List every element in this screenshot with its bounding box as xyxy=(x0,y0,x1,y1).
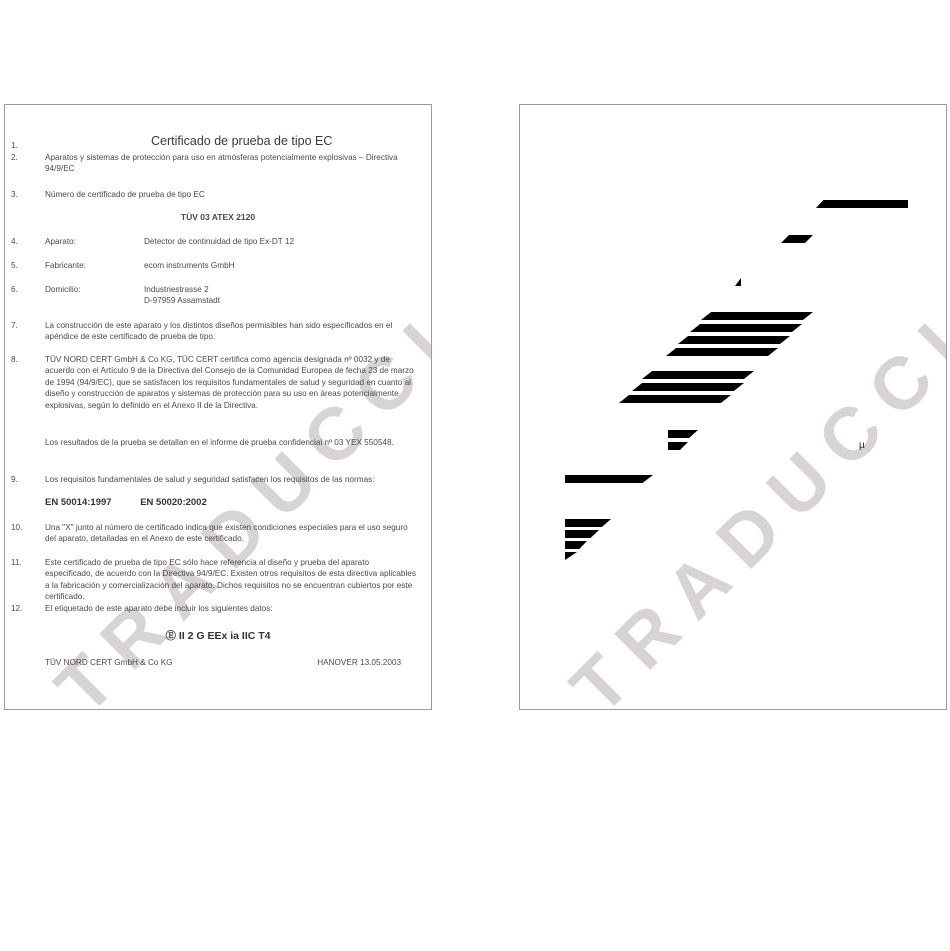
artifact-bar xyxy=(565,519,611,527)
artifact-bar xyxy=(632,383,744,391)
artifact-bar xyxy=(668,430,698,438)
item-text: Aparatos y sistemas de protección para u… xyxy=(45,152,417,175)
field-label: Aparato: xyxy=(45,236,76,247)
equipment-marking: Ⓔ II 2 G EEx ia IIC T4 xyxy=(5,631,431,642)
place-date: HANOVER 13.05.2003 xyxy=(317,657,401,668)
item-number: 3. xyxy=(11,189,18,200)
artifact-bar xyxy=(735,278,741,286)
issuer: TÜV NORD CERT GmbH & Co KG xyxy=(45,657,173,668)
artifact-bar xyxy=(619,395,731,403)
artifact-bar xyxy=(565,530,599,538)
item-number: 2. xyxy=(11,152,18,163)
item-text: Número de certificado de prueba de tipo … xyxy=(45,189,417,200)
item-number: 5. xyxy=(11,260,18,271)
artifact-bar xyxy=(565,552,577,560)
item-number: 7. xyxy=(11,320,18,331)
item-number: 10. xyxy=(11,522,22,533)
item-text: La construcción de este aparato y los di… xyxy=(45,320,417,343)
standard: EN 50014:1997 xyxy=(45,497,112,508)
field-value: D-97959 Assamstadt xyxy=(144,295,220,306)
item-text: El etiquetado de este aparato debe inclu… xyxy=(45,603,417,614)
artifact-bar xyxy=(565,475,653,483)
artifact-bar xyxy=(816,200,908,208)
item-text: Una "X" junto al número de certificado i… xyxy=(45,522,417,545)
watermark: TRADUCCIÓN xyxy=(554,191,947,710)
item-text: Los resultados de la prueba se detallan … xyxy=(45,437,417,448)
artifact-bar xyxy=(690,324,802,332)
item-number: 12. xyxy=(11,603,22,614)
artifact-bar xyxy=(565,541,587,549)
item-text: Los requisitos fundamentales de salud y … xyxy=(45,474,417,485)
item-text: Este certificado de prueba de tipo EC só… xyxy=(45,557,417,603)
stray-glyph: µ xyxy=(859,440,865,451)
item-number: 4. xyxy=(11,236,18,247)
field-value: Industriestrasse 2 xyxy=(144,284,209,295)
artifact-bar xyxy=(781,235,813,243)
artifact-bar xyxy=(642,371,754,379)
certificate-page-left: TRADUCCIÓN 1. Certificado de prueba de t… xyxy=(4,104,432,710)
field-label: Domicilio: xyxy=(45,284,81,295)
certificate-number: TÜV 03 ATEX 2120 xyxy=(5,212,431,223)
field-label: Fabricante: xyxy=(45,260,86,271)
item-number: 1. xyxy=(11,140,18,151)
item-number: 6. xyxy=(11,284,18,295)
certificate-page-right: TRADUCCIÓN µ xyxy=(519,104,947,710)
item-number: 8. xyxy=(11,354,18,365)
artifact-bar xyxy=(701,312,813,320)
item-text: TÜV NORD CERT GmbH & Co KG, TÜC CERT cer… xyxy=(45,354,417,411)
field-value: Detector de continuidad de tipo Ex-DT 12 xyxy=(144,236,294,247)
artifact-bar xyxy=(668,442,688,450)
item-number: 11. xyxy=(11,557,22,568)
artifact-bar xyxy=(666,348,778,356)
standard: EN 50020:2002 xyxy=(140,497,207,508)
certificate-title: Certificado de prueba de tipo EC xyxy=(151,136,332,147)
standards-list: EN 50014:1997 EN 50020:2002 xyxy=(45,497,233,508)
certificate-content: 1. Certificado de prueba de tipo EC 2. A… xyxy=(5,105,431,709)
field-value: ecom instruments GmbH xyxy=(144,260,235,271)
artifact-bar xyxy=(678,336,790,344)
item-number: 9. xyxy=(11,474,18,485)
